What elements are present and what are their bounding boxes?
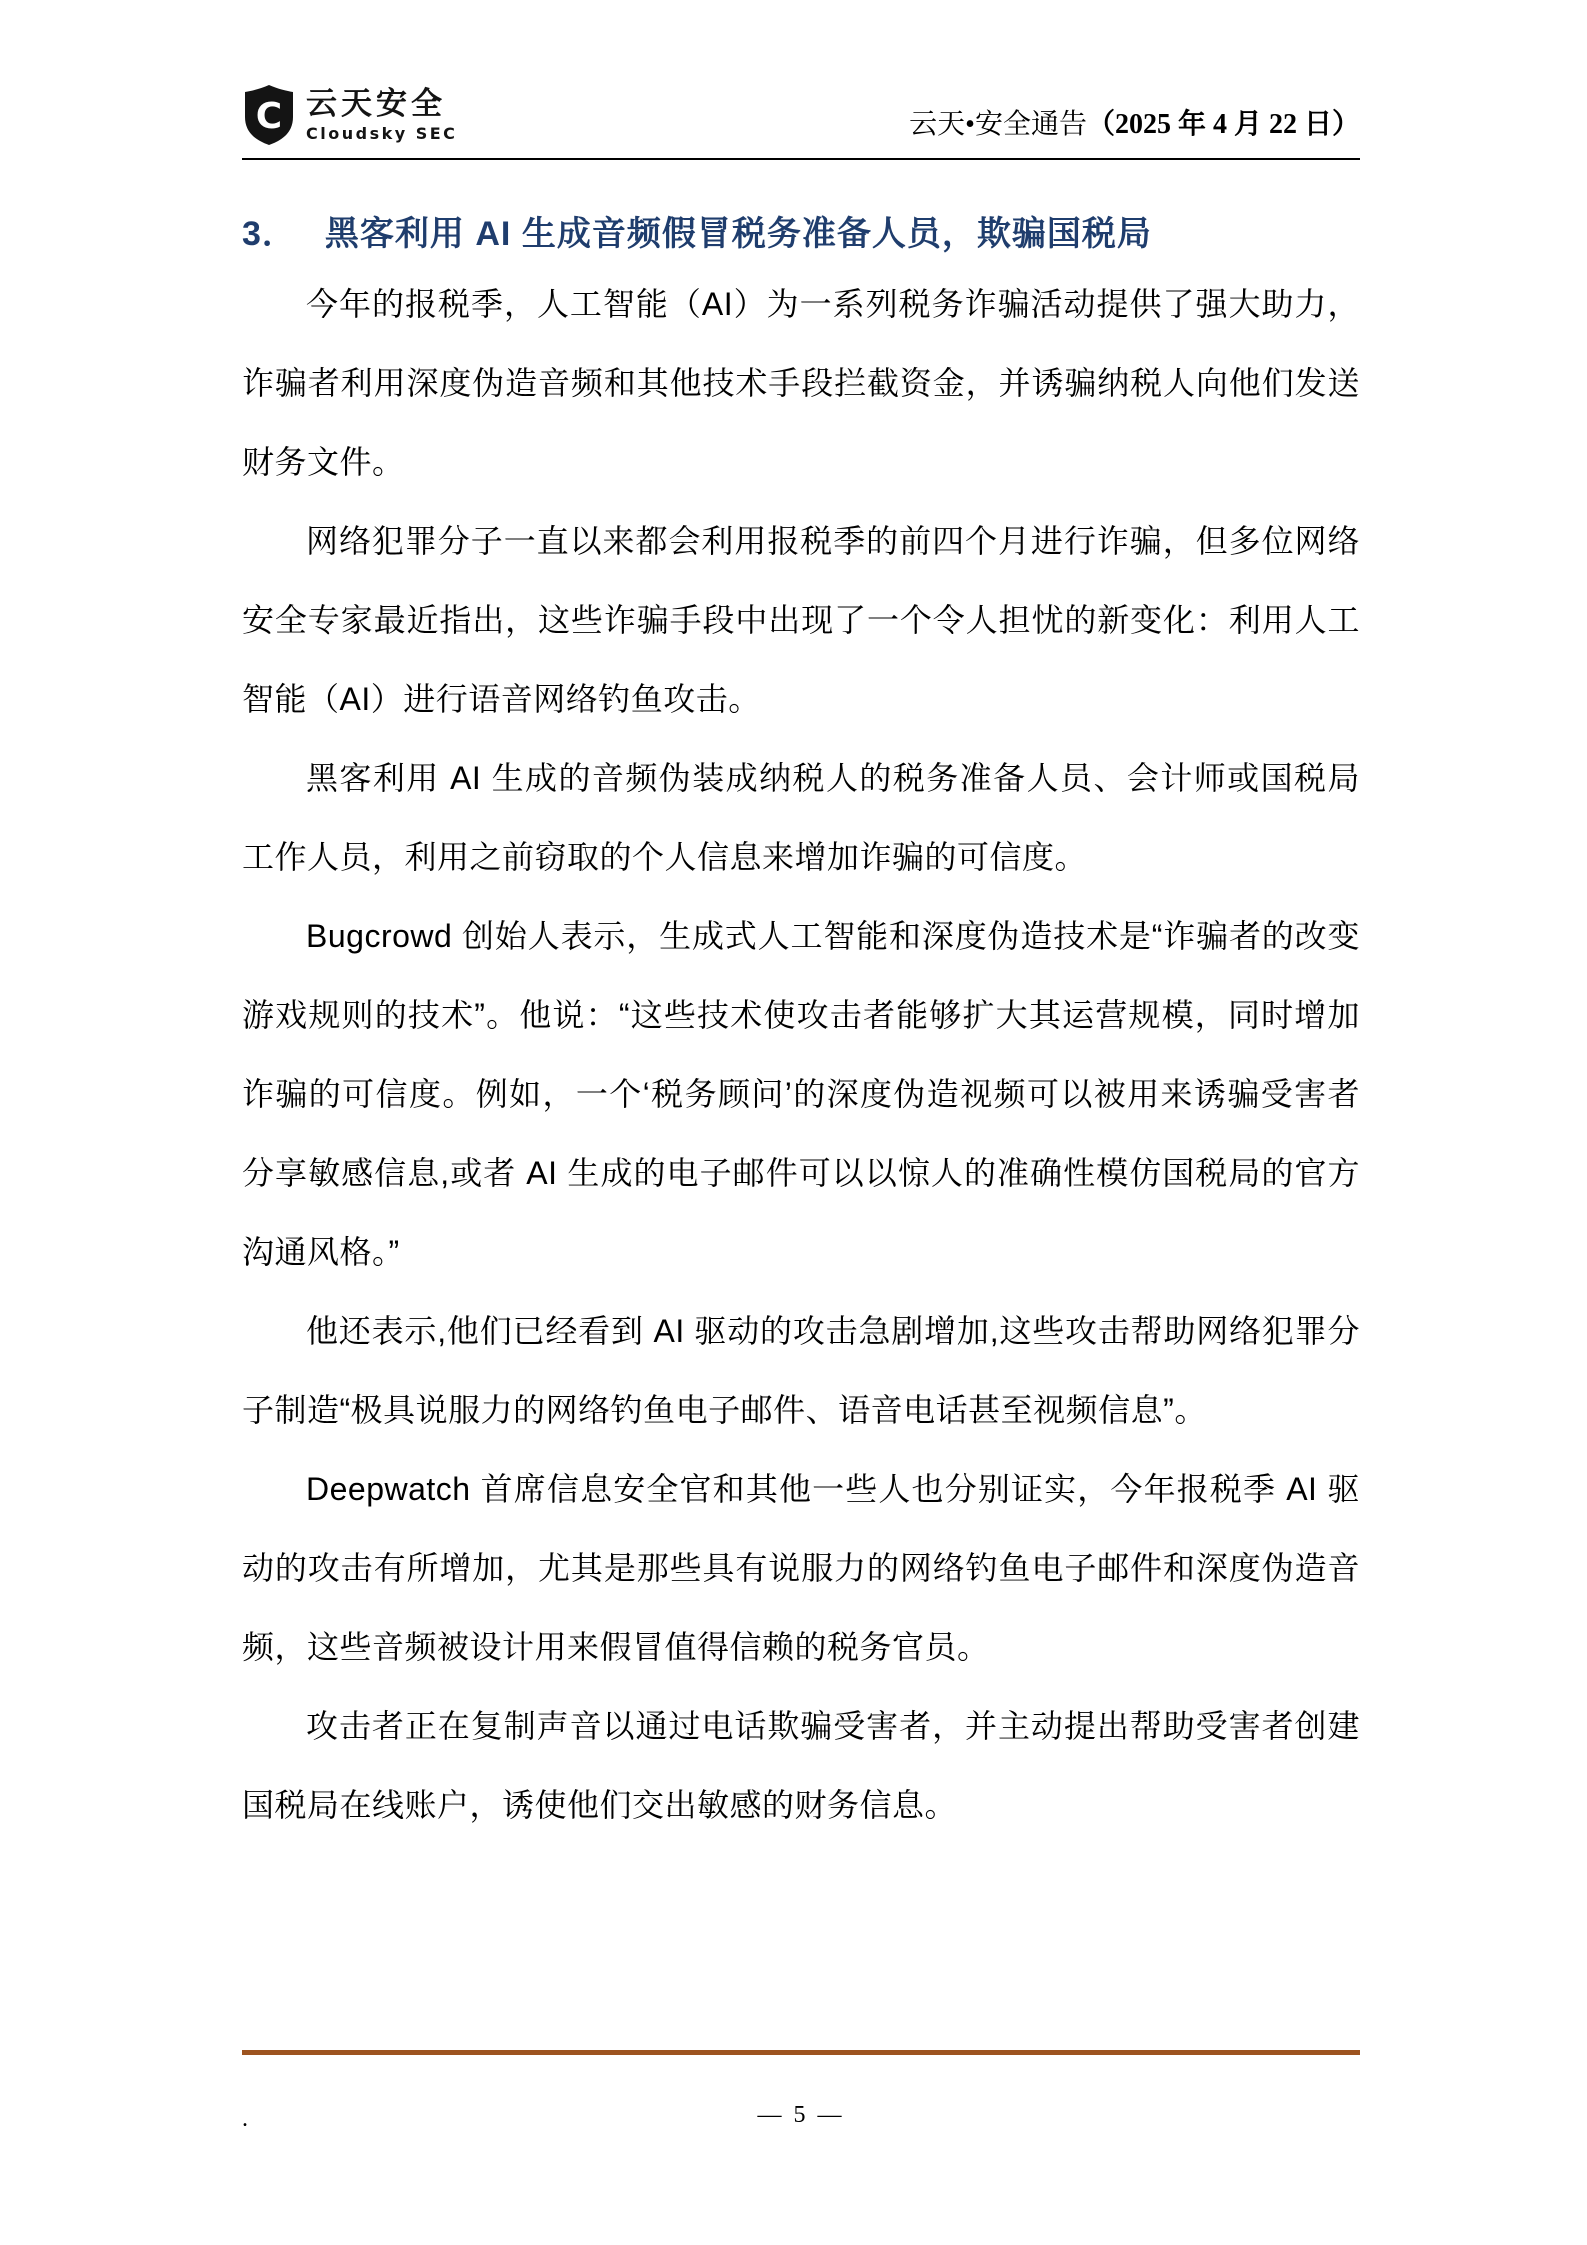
bulletin-date: （2025 年 4 月 22 日） bbox=[1087, 109, 1360, 140]
paragraph: Deepwatch 首席信息安全官和其他一些人也分别证实，今年报税季 AI 驱动… bbox=[242, 1450, 1360, 1687]
content-area: C 云天安全 Cloudsky SEC 云天•安全通告（2025 年 4 月 2… bbox=[242, 0, 1360, 1845]
body-text: 今年的报税季，人工智能（AI）为一系列税务诈骗活动提供了强大助力，诈骗者利用深度… bbox=[242, 265, 1360, 1845]
paragraph: 网络犯罪分子一直以来都会利用报税季的前四个月进行诈骗，但多位网络安全专家最近指出… bbox=[242, 502, 1360, 739]
page-number: — 5 — bbox=[242, 2102, 1360, 2129]
bulletin-header-text: 云天•安全通告（2025 年 4 月 22 日） bbox=[909, 102, 1360, 146]
bulletin-title: 云天•安全通告 bbox=[909, 109, 1087, 140]
paragraph: 攻击者正在复制声音以通过电话欺骗受害者，并主动提出帮助受害者创建国税局在线账户，… bbox=[242, 1687, 1360, 1845]
document-page: C 云天安全 Cloudsky SEC 云天•安全通告（2025 年 4 月 2… bbox=[0, 0, 1587, 2245]
paragraph: Bugcrowd 创始人表示，生成式人工智能和深度伪造技术是“诈骗者的改变游戏规… bbox=[242, 897, 1360, 1292]
page-footer: . — 5 — bbox=[242, 2102, 1360, 2142]
page-header: C 云天安全 Cloudsky SEC 云天•安全通告（2025 年 4 月 2… bbox=[242, 0, 1360, 160]
paragraph: 黑客利用 AI 生成的音频伪装成纳税人的税务准备人员、会计师或国税局工作人员，利… bbox=[242, 739, 1360, 897]
paragraph: 他还表示,他们已经看到 AI 驱动的攻击急剧增加,这些攻击帮助网络犯罪分子制造“… bbox=[242, 1292, 1360, 1450]
logo-text: 云天安全 Cloudsky SEC bbox=[306, 87, 457, 143]
logo-name-en: Cloudsky SEC bbox=[306, 124, 457, 143]
section-heading: 3． 黑客利用 AI 生成音频假冒税务准备人员，欺骗国税局 bbox=[242, 206, 1360, 255]
section-title: 黑客利用 AI 生成音频假冒税务准备人员，欺骗国税局 bbox=[325, 206, 1152, 255]
company-logo: C 云天安全 Cloudsky SEC bbox=[242, 84, 457, 146]
paragraph: 今年的报税季，人工智能（AI）为一系列税务诈骗活动提供了强大助力，诈骗者利用深度… bbox=[242, 265, 1360, 502]
shield-logo-icon: C bbox=[242, 84, 296, 146]
footer-rule bbox=[242, 2050, 1360, 2055]
section-number: 3． bbox=[242, 206, 297, 255]
logo-name-cn: 云天安全 bbox=[306, 87, 457, 121]
logo-letter: C bbox=[256, 96, 282, 137]
